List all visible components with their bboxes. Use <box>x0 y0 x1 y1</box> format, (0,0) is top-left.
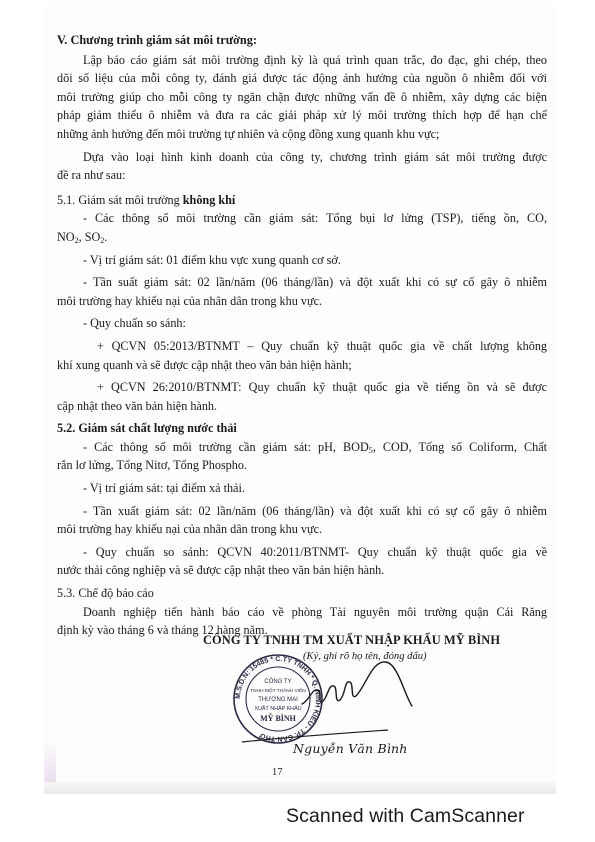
svg-text:CÔNG TY: CÔNG TY <box>264 678 291 685</box>
subsection-title-air: 5.1. Giám sát môi trường không khí <box>57 191 547 210</box>
water-frequency-line: môi trường hay khiếu nại của nhân dân tr… <box>57 520 547 539</box>
program-paragraph: Dựa vào loại hình kinh doanh của công ty… <box>57 148 547 185</box>
air-frequency-line: môi trường hay khiếu nại của nhân dân tr… <box>57 292 547 311</box>
section-title: V. Chương trình giám sát môi trường: <box>57 31 547 50</box>
subsection-title-reporting: 5.3. Chế độ báo cáo <box>57 584 547 603</box>
program-line: Dựa vào loại hình kinh doanh của công ty… <box>57 148 547 167</box>
page-bottom-edge <box>44 782 556 794</box>
signer-name: Nguyễn Văn Bình <box>293 741 408 756</box>
intro-line: môi trường giúp cho mỗi công ty ngăn chặ… <box>57 88 547 107</box>
svg-text:XUẤT NHẬP KHẨU: XUẤT NHẬP KHẨU <box>254 705 301 712</box>
svg-text:MỸ BÌNH: MỸ BÌNH <box>260 713 297 723</box>
program-line: đề ra như sau: <box>57 166 547 185</box>
subsection-title-wastewater: 5.2. Giám sát chất lượng nước thải <box>57 419 547 438</box>
air-standard-2-line: cập nhật theo văn bản hiện hành. <box>57 397 547 416</box>
svg-text:THƯƠNG MẠI: THƯƠNG MẠI <box>258 697 298 703</box>
intro-line: Lập báo cáo giám sát môi trường định kỳ … <box>57 51 547 70</box>
air-standard-2-line: + QCVN 26:2010/BTNMT: Quy chuẩn kỹ thuật… <box>57 378 547 397</box>
water-frequency-line: - Tần xuất giám sát: 02 lần/năm (06 thán… <box>57 502 547 521</box>
water-params-line: - Các thông số môi trường cần giám sát: … <box>57 438 547 457</box>
intro-line: những ảnh hưởng đến môi trường tự nhiên … <box>57 125 547 144</box>
air-standards-label: - Quy chuẩn so sánh: <box>57 314 547 333</box>
intro-paragraph: Lập báo cáo giám sát môi trường định kỳ … <box>57 51 547 144</box>
air-standard-1-line: khí xung quanh và sẽ được cập nhật theo … <box>57 356 547 375</box>
reporting-line: Doanh nghiệp tiến hành báo cáo về phòng … <box>57 603 547 622</box>
page-number: 17 <box>272 767 283 778</box>
air-params-line: - Các thông số môi trường cần giám sát: … <box>57 209 547 228</box>
air-standard-1-line: + QCVN 05:2013/BTNMT – Quy chuẩn kỹ thuậ… <box>57 337 547 356</box>
water-params-line: rắn lơ lửng, Tổng Nitơ, Tổng Phospho. <box>57 456 547 475</box>
air-frequency-line: - Tần suất giám sát: 02 lần/năm (06 thán… <box>57 273 547 292</box>
document-body: V. Chương trình giám sát môi trường: Lập… <box>57 31 547 640</box>
water-standard-line: - Quy chuẩn so sánh: QCVN 40:2011/BTNMT-… <box>57 543 547 562</box>
air-params-line: NO2, SO2. <box>57 228 547 247</box>
camscanner-watermark: Scanned with CamScanner <box>286 805 525 828</box>
intro-line: pháp giảm thiểu ô nhiễm và đưa ra các gi… <box>57 106 547 125</box>
company-name: CÔNG TY TNHH TM XUẤT NHẬP KHẨU MỸ BÌNH <box>203 633 500 648</box>
water-standard-line: nước thải công nghiệp và sẽ được cập nhậ… <box>57 561 547 580</box>
air-location: - Vị trí giám sát: 01 điểm khu vực xung … <box>57 251 547 270</box>
water-location: - Vị trí giám sát: tại điểm xả thải. <box>57 479 547 498</box>
handwritten-signature <box>300 660 420 730</box>
intro-line: dõi số liệu của mỗi công ty, đánh giá đư… <box>57 69 547 88</box>
svg-text:TNHH MỘT THÀNH VIÊN: TNHH MỘT THÀNH VIÊN <box>250 686 306 694</box>
